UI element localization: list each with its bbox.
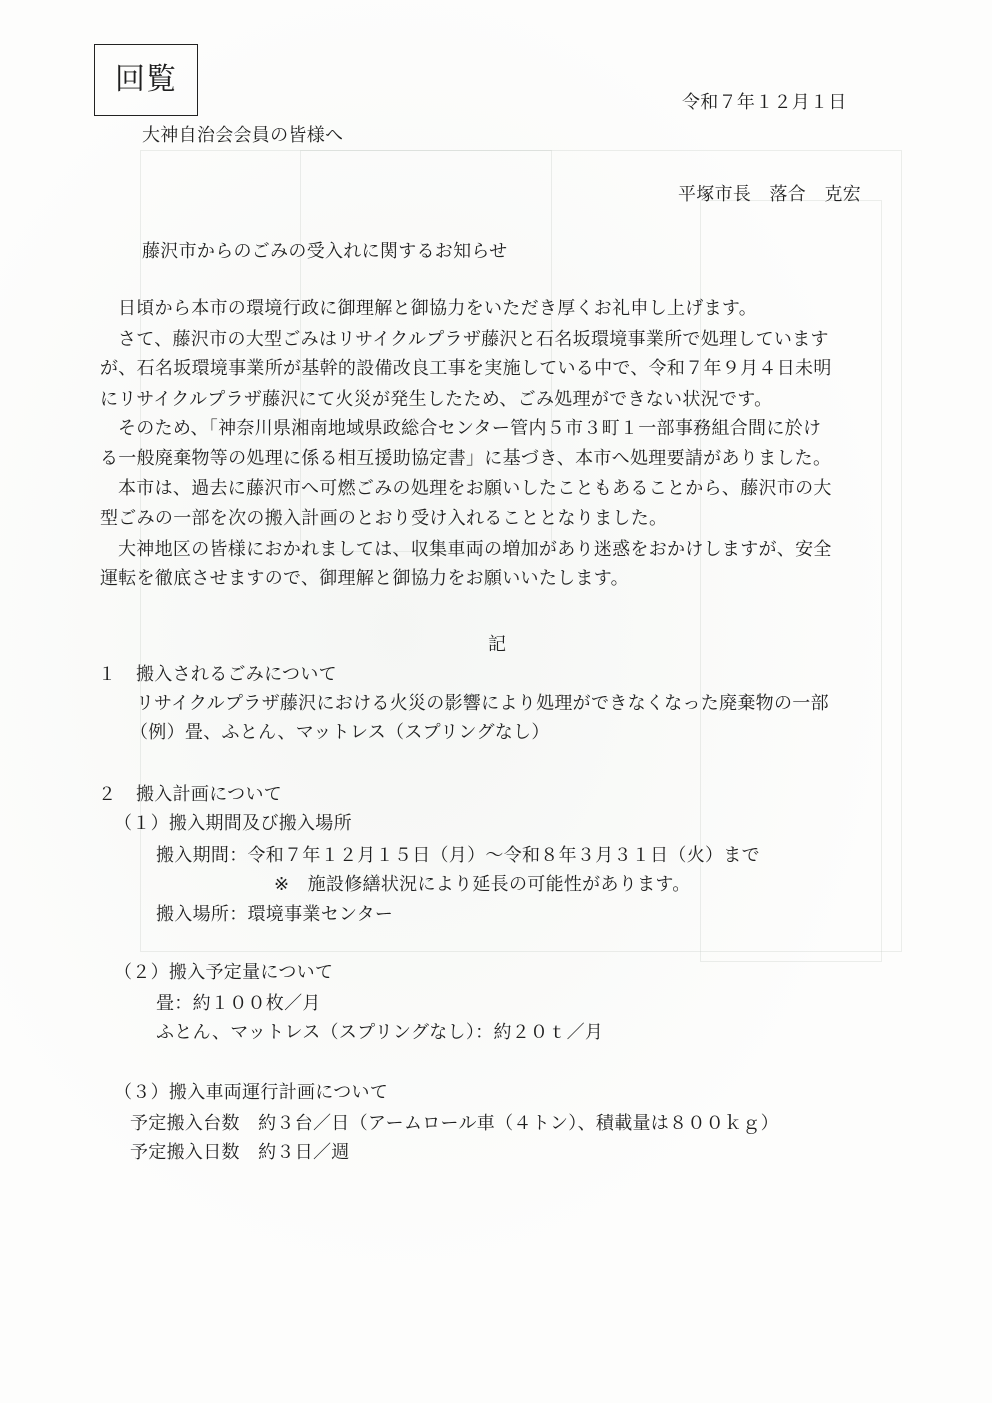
sub3-heading: （３）搬入車両運行計画について [114, 1082, 388, 1104]
section2-number: ２ [98, 784, 116, 806]
body-line: 型ごみの一部を次の搬入計画のとおり受け入れることとなりました。 [100, 508, 667, 530]
sub1-note: ※ 施設修繕状況により延長の可能性があります。 [274, 874, 691, 896]
sub1-place: 搬入場所：環境事業センター [156, 904, 393, 926]
body-line: 大神地区の皆様におかれましては、収集車両の増加があり迷惑をおかけしますが、安全 [118, 539, 832, 561]
section1-line: （例）畳、ふとん、マットレス（スプリングなし） [130, 722, 550, 744]
sub2-futon: ふとん、マットレス（スプリングなし）：約２０ｔ／月 [156, 1022, 603, 1044]
section1-heading: 搬入されるごみについて [136, 664, 337, 686]
sub2-heading: （２）搬入予定量について [114, 962, 333, 984]
addressee: 大神自治会会員の皆様へ [142, 125, 343, 147]
sub1-period: 搬入期間：令和７年１２月１５日（月）～令和８年３月３１日（火）まで [156, 845, 760, 867]
section1-line: リサイクルプラザ藤沢における火災の影響により処理ができなくなった廃棄物の一部 [136, 693, 829, 715]
body-line: 日頃から本市の環境行政に御理解と御協力をいただき厚くお礼申し上げます。 [118, 298, 757, 320]
sub2-tatami: 畳：約１００枚／月 [156, 993, 321, 1015]
kairan-stamp: 回覧 [115, 63, 177, 97]
sender: 平塚市長 落合 克宏 [678, 184, 861, 206]
sub3-vehicles: 予定搬入台数 約３台／日（アームロール車（４トン）、積載量は８００ｋｇ） [130, 1113, 779, 1135]
sub3-days: 予定搬入日数 約３日／週 [130, 1142, 350, 1164]
sub1-heading: （１）搬入期間及び搬入場所 [114, 813, 352, 835]
kairan-stamp-box: 回覧 [94, 44, 198, 116]
body-line: 運転を徹底させますので、御理解と御協力をお願いいたします。 [100, 568, 629, 590]
section1-number: １ [98, 664, 116, 686]
body-line: さて、藤沢市の大型ごみはリサイクルプラザ藤沢と石名坂環境事業所で処理しています [118, 329, 829, 351]
body-line: そのため、「神奈川県湘南地域県政総合センター管内５市３町１一部事務組合間に於け [118, 418, 821, 440]
body-line: 本市は、過去に藤沢市へ可燃ごみの処理をお願いしたこともあることから、藤沢市の大 [118, 478, 832, 500]
body-line: る一般廃棄物等の処理に係る相互援助協定書」に基づき、本市へ処理要請がありました。 [100, 448, 831, 470]
document-page: 回覧 令和７年１２月１日 大神自治会会員の皆様へ 平塚市長 落合 克宏 藤沢市か… [0, 0, 992, 1403]
document-title: 藤沢市からのごみの受入れに関するお知らせ [142, 241, 507, 263]
ki-heading: 記 [488, 634, 506, 656]
body-line: にリサイクルプラザ藤沢にて火災が発生したため、ごみ処理ができない状況です。 [100, 389, 772, 411]
document-date: 令和７年１２月１日 [682, 92, 847, 114]
section2-heading: 搬入計画について [136, 784, 282, 806]
body-line: が、石名坂環境事業所が基幹的設備改良工事を実施している中で、令和７年９月４日未明 [100, 358, 832, 380]
